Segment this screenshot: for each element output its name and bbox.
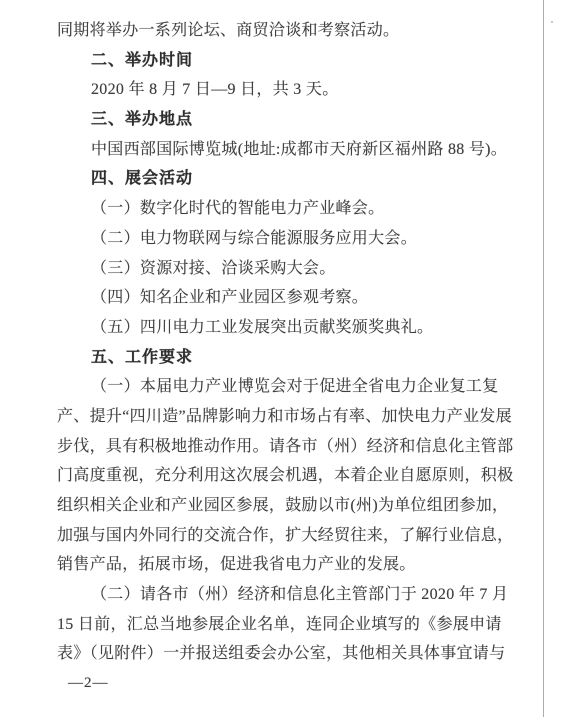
scan-artifact-dot (551, 21, 553, 23)
document-line: 组织相关企业和产业园区参展，鼓励以市(州)为单位组团参加， (57, 491, 527, 521)
document-body: 同期将举办一系列论坛、商贸洽谈和考察活动。二、举办时间2020 年 8 月 7 … (57, 16, 527, 699)
document-line: 加强与国内外同行的交流合作，扩大经贸往来，了解行业信息， (57, 521, 527, 551)
page-number: —2— (68, 669, 527, 699)
section-heading: 四、展会活动 (57, 164, 527, 194)
scanned-document-page: 同期将举办一系列论坛、商贸洽谈和考察活动。二、举办时间2020 年 8 月 7 … (0, 0, 566, 717)
section-heading: 五、工作要求 (57, 343, 527, 373)
section-heading: 二、举办时间 (57, 46, 527, 76)
document-line: 门高度重视，充分利用这次展会机遇，本着企业自愿原则，积极 (57, 461, 527, 491)
document-line: （一）本届电力产业博览会对于促进全省电力企业复工复 (57, 372, 527, 402)
document-line: （一）数字化时代的智能电力产业峰会。 (57, 194, 527, 224)
document-line: 产、提升“四川造”品牌影响力和市场占有率、加快电力产业发展 (57, 402, 527, 432)
document-line: 15 日前，汇总当地参展企业名单，连同企业填写的《参展申请 (57, 610, 527, 640)
document-line: 步伐，具有积极地推动作用。请各市（州）经济和信息化主管部 (57, 432, 527, 462)
document-line: 2020 年 8 月 7 日—9 日，共 3 天。 (57, 75, 527, 105)
document-line: （二）请各市（州）经济和信息化主管部门于 2020 年 7 月 (57, 580, 527, 610)
document-line: （四）知名企业和产业园区参观考察。 (57, 283, 527, 313)
document-line: 销售产品，拓展市场，促进我省电力产业的发展。 (57, 550, 527, 580)
document-lines: 同期将举办一系列论坛、商贸洽谈和考察活动。二、举办时间2020 年 8 月 7 … (57, 16, 527, 669)
document-line: （三）资源对接、洽谈采购大会。 (57, 254, 527, 284)
document-line: （五）四川电力工业发展突出贡献奖颁奖典礼。 (57, 313, 527, 343)
document-line: 同期将举办一系列论坛、商贸洽谈和考察活动。 (57, 16, 527, 46)
document-line: 中国西部国际博览城(地址:成都市天府新区福州路 88 号)。 (57, 135, 527, 165)
scan-page-edge-line (543, 0, 544, 717)
section-heading: 三、举办地点 (57, 105, 527, 135)
document-line: （二）电力物联网与综合能源服务应用大会。 (57, 224, 527, 254)
document-line: 表》（见附件）一并报送组委会办公室，其他相关具体事宜请与 (57, 639, 527, 669)
